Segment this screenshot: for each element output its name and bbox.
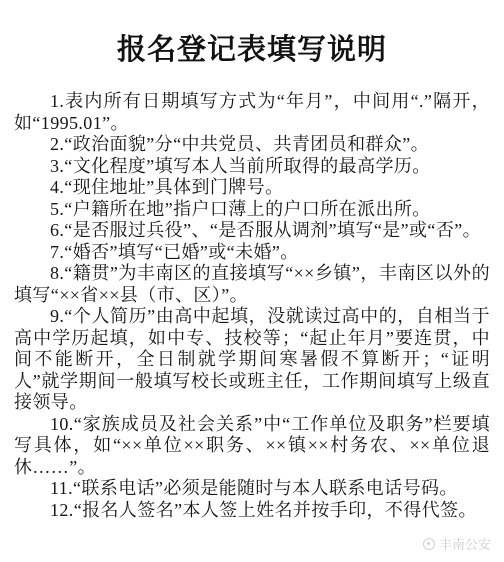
instruction-paragraph-5: 5.“户籍所在地”指户口薄上的户口所在派出所。 xyxy=(14,199,490,221)
instruction-paragraph-12: 12.“报名人签名”本人签上姓名并按手印，不得代签。 xyxy=(14,500,490,522)
instructions-body: 1.表内所有日期填写方式为“年月”，中间用“.”隔开，如“1995.01”。 2… xyxy=(14,91,490,521)
instruction-paragraph-6: 6.“是否服过兵役”、“是否服从调剂”填写“是”或“否”。 xyxy=(14,220,490,242)
police-badge-icon xyxy=(423,538,435,550)
document-page: 报名登记表填写说明 1.表内所有日期填写方式为“年月”，中间用“.”隔开，如“1… xyxy=(0,0,504,562)
instruction-paragraph-7: 7.“婚否”填写“已婚”或“未婚”。 xyxy=(14,242,490,264)
page-title: 报名登记表填写说明 xyxy=(0,27,504,68)
instruction-paragraph-1: 1.表内所有日期填写方式为“年月”，中间用“.”隔开，如“1995.01”。 xyxy=(14,91,490,134)
watermark-label: 丰南公安 xyxy=(439,534,491,553)
instruction-paragraph-4: 4.“现住地址”具体到门牌号。 xyxy=(14,177,490,199)
instruction-paragraph-2: 2.“政治面貌”分“中共党员、共青团员和群众”。 xyxy=(14,134,490,156)
watermark: 丰南公安 xyxy=(423,534,491,553)
instruction-paragraph-10: 10.“家族成员及社会关系”中“工作单位及职务”栏要填写具体，如“××单位××职… xyxy=(14,414,490,479)
instruction-paragraph-8: 8.“籍贯”为丰南区的直接填写“××乡镇”，丰南区以外的填写“××省××县（市、… xyxy=(14,263,490,306)
instruction-paragraph-9: 9.“个人简历”由高中起填，没就读过高中的，自相当于高中学历起填，如中专、技校等… xyxy=(14,306,490,414)
instruction-paragraph-11: 11.“联系电话”必须是能随时与本人联系电话号码。 xyxy=(14,478,490,500)
instruction-paragraph-3: 3.“文化程度”填写本人当前所取得的最高学历。 xyxy=(14,156,490,178)
